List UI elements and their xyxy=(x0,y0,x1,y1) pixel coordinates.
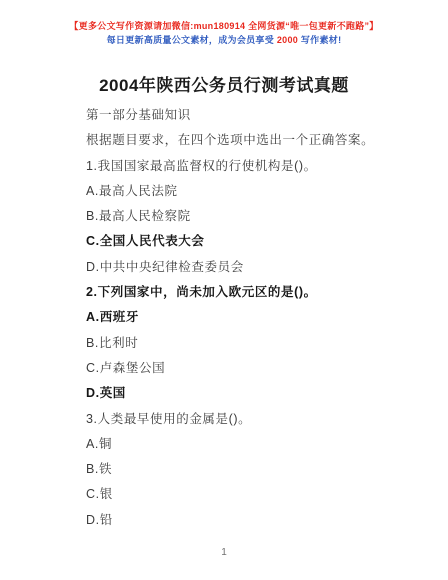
question-stem: 3.人类最早使用的金属是()。 xyxy=(86,413,398,426)
page-title: 2004年陕西公务员行测考试真题 xyxy=(0,76,448,96)
watermark-line-2: 每日更新高质量公文素材，成为会员享受 2000 写作素材! xyxy=(0,35,448,46)
option-line: A.最高人民法院 xyxy=(86,185,398,198)
watermark-line-2-prefix: 每日更新高质量公文素材，成为会员享受 xyxy=(107,35,277,45)
option-line: C.全国人民代表大会 xyxy=(86,235,398,248)
option-line: B.比利时 xyxy=(86,337,398,350)
question-stem: 2.下列国家中，尚未加入欧元区的是()。 xyxy=(86,286,398,299)
option-line: B.铁 xyxy=(86,463,398,476)
document-page: 【更多公文写作资源请加微信:mun180914 全网货源“唯一包更新不跑路”】 … xyxy=(0,0,448,580)
page-number: 1 xyxy=(0,547,448,558)
option-line: C.卢森堡公国 xyxy=(86,362,398,375)
watermark-line-1: 【更多公文写作资源请加微信:mun180914 全网货源“唯一包更新不跑路”】 xyxy=(0,21,448,32)
option-line: C.银 xyxy=(86,488,398,501)
option-line: D.英国 xyxy=(86,387,398,400)
document-body: 第一部分基础知识 根据题目要求，在四个选项中选出一个正确答案。 1.我国国家最高… xyxy=(86,109,398,527)
option-line: D.中共中央纪律检查委员会 xyxy=(86,261,398,274)
option-line: B.最高人民检察院 xyxy=(86,210,398,223)
question-stem: 1.我国国家最高监督权的行使机构是()。 xyxy=(86,160,398,173)
header-watermark: 【更多公文写作资源请加微信:mun180914 全网货源“唯一包更新不跑路”】 … xyxy=(0,0,448,46)
option-line: D.铅 xyxy=(86,514,398,527)
option-line: A.铜 xyxy=(86,438,398,451)
watermark-line-2-suffix: 写作素材! xyxy=(298,35,341,45)
watermark-line-2-number: 2000 xyxy=(277,35,298,45)
instructions: 根据题目要求，在四个选项中选出一个正确答案。 xyxy=(86,134,398,147)
option-line: A.西班牙 xyxy=(86,311,398,324)
section-heading: 第一部分基础知识 xyxy=(86,109,398,122)
